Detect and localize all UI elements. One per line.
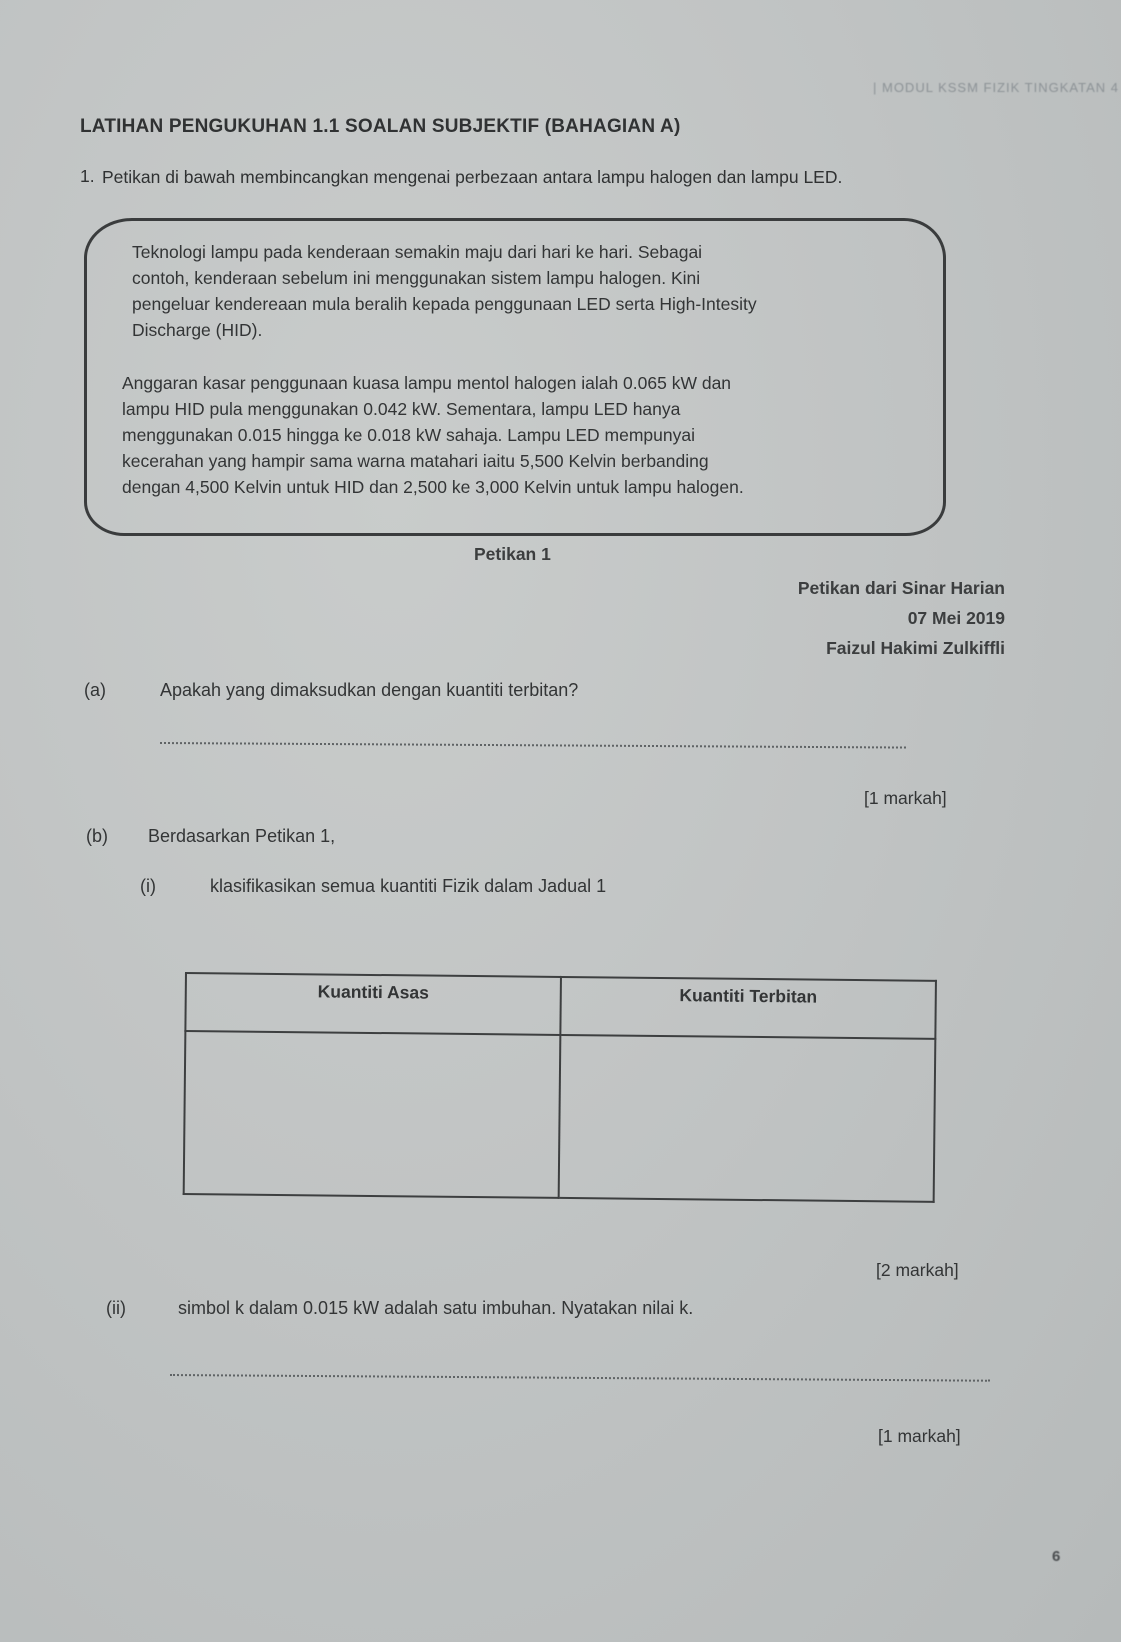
table-header-kuantiti-terbitan: Kuantiti Terbitan xyxy=(560,977,936,1039)
passage-line: pengeluar kendereaan mula beralih kepada… xyxy=(132,291,757,317)
table-row xyxy=(184,1031,936,1202)
kuantiti-asas-answer-cell[interactable] xyxy=(184,1031,561,1198)
jadual-1-table: Kuantiti Asas Kuantiti Terbitan xyxy=(183,972,937,1203)
part-b-text: Berdasarkan Petikan 1, xyxy=(148,826,335,847)
section-title: LATIHAN PENGUKUHAN 1.1 SOALAN SUBJEKTIF … xyxy=(80,116,680,138)
passage-paragraph-2: Anggaran kasar penggunaan kuasa lampu me… xyxy=(122,370,744,500)
page-number: 6 xyxy=(1052,1548,1060,1565)
part-b-ii-text: simbol k dalam 0.015 kW adalah satu imbu… xyxy=(178,1298,693,1319)
source-author: Faizul Hakimi Zulkiffli xyxy=(826,638,1005,659)
passage-line: Teknologi lampu pada kenderaan semakin m… xyxy=(132,239,757,265)
question-intro: Petikan di bawah membincangkan mengenai … xyxy=(102,166,932,188)
worksheet-page: | MODUL KSSM FIZIK TINGKATAN 4 LATIHAN P… xyxy=(0,0,1121,1642)
passage-caption: Petikan 1 xyxy=(474,544,551,565)
part-b-ii-marks: [1 markah] xyxy=(878,1426,961,1447)
passage-line: Discharge (HID). xyxy=(132,317,757,343)
part-b-ii-label: (ii) xyxy=(106,1298,126,1319)
passage-line: Anggaran kasar penggunaan kuasa lampu me… xyxy=(122,370,744,396)
source-date: 07 Mei 2019 xyxy=(908,608,1005,629)
part-a-marks: [1 markah] xyxy=(864,788,947,809)
kuantiti-terbitan-answer-cell[interactable] xyxy=(559,1035,936,1202)
passage-line: menggunakan 0.015 hingga ke 0.018 kW sah… xyxy=(122,422,744,448)
module-header-note: | MODUL KSSM FIZIK TINGKATAN 4 xyxy=(873,80,1119,95)
part-a-answer-line[interactable] xyxy=(160,742,906,749)
passage-paragraph-1: Teknologi lampu pada kenderaan semakin m… xyxy=(132,239,757,343)
part-b-ii-answer-line[interactable] xyxy=(170,1374,990,1382)
source-publication: Petikan dari Sinar Harian xyxy=(798,578,1005,599)
part-b-label: (b) xyxy=(86,826,108,847)
passage-line: kecerahan yang hampir sama warna matahar… xyxy=(122,448,744,474)
passage-line: contoh, kenderaan sebelum ini menggunaka… xyxy=(132,265,757,291)
table-header-kuantiti-asas: Kuantiti Asas xyxy=(185,973,561,1035)
passage-line: lampu HID pula menggunakan 0.042 kW. Sem… xyxy=(122,396,744,422)
part-a-question: Apakah yang dimaksudkan dengan kuantiti … xyxy=(160,680,578,701)
passage-line: dengan 4,500 Kelvin untuk HID dan 2,500 … xyxy=(122,474,744,500)
part-b-i-marks: [2 markah] xyxy=(876,1260,959,1281)
part-a-label: (a) xyxy=(84,680,106,701)
part-b-i-text: klasifikasikan semua kuantiti Fizik dala… xyxy=(210,876,606,897)
question-number: 1. xyxy=(80,166,95,187)
part-b-i-label: (i) xyxy=(140,876,156,897)
